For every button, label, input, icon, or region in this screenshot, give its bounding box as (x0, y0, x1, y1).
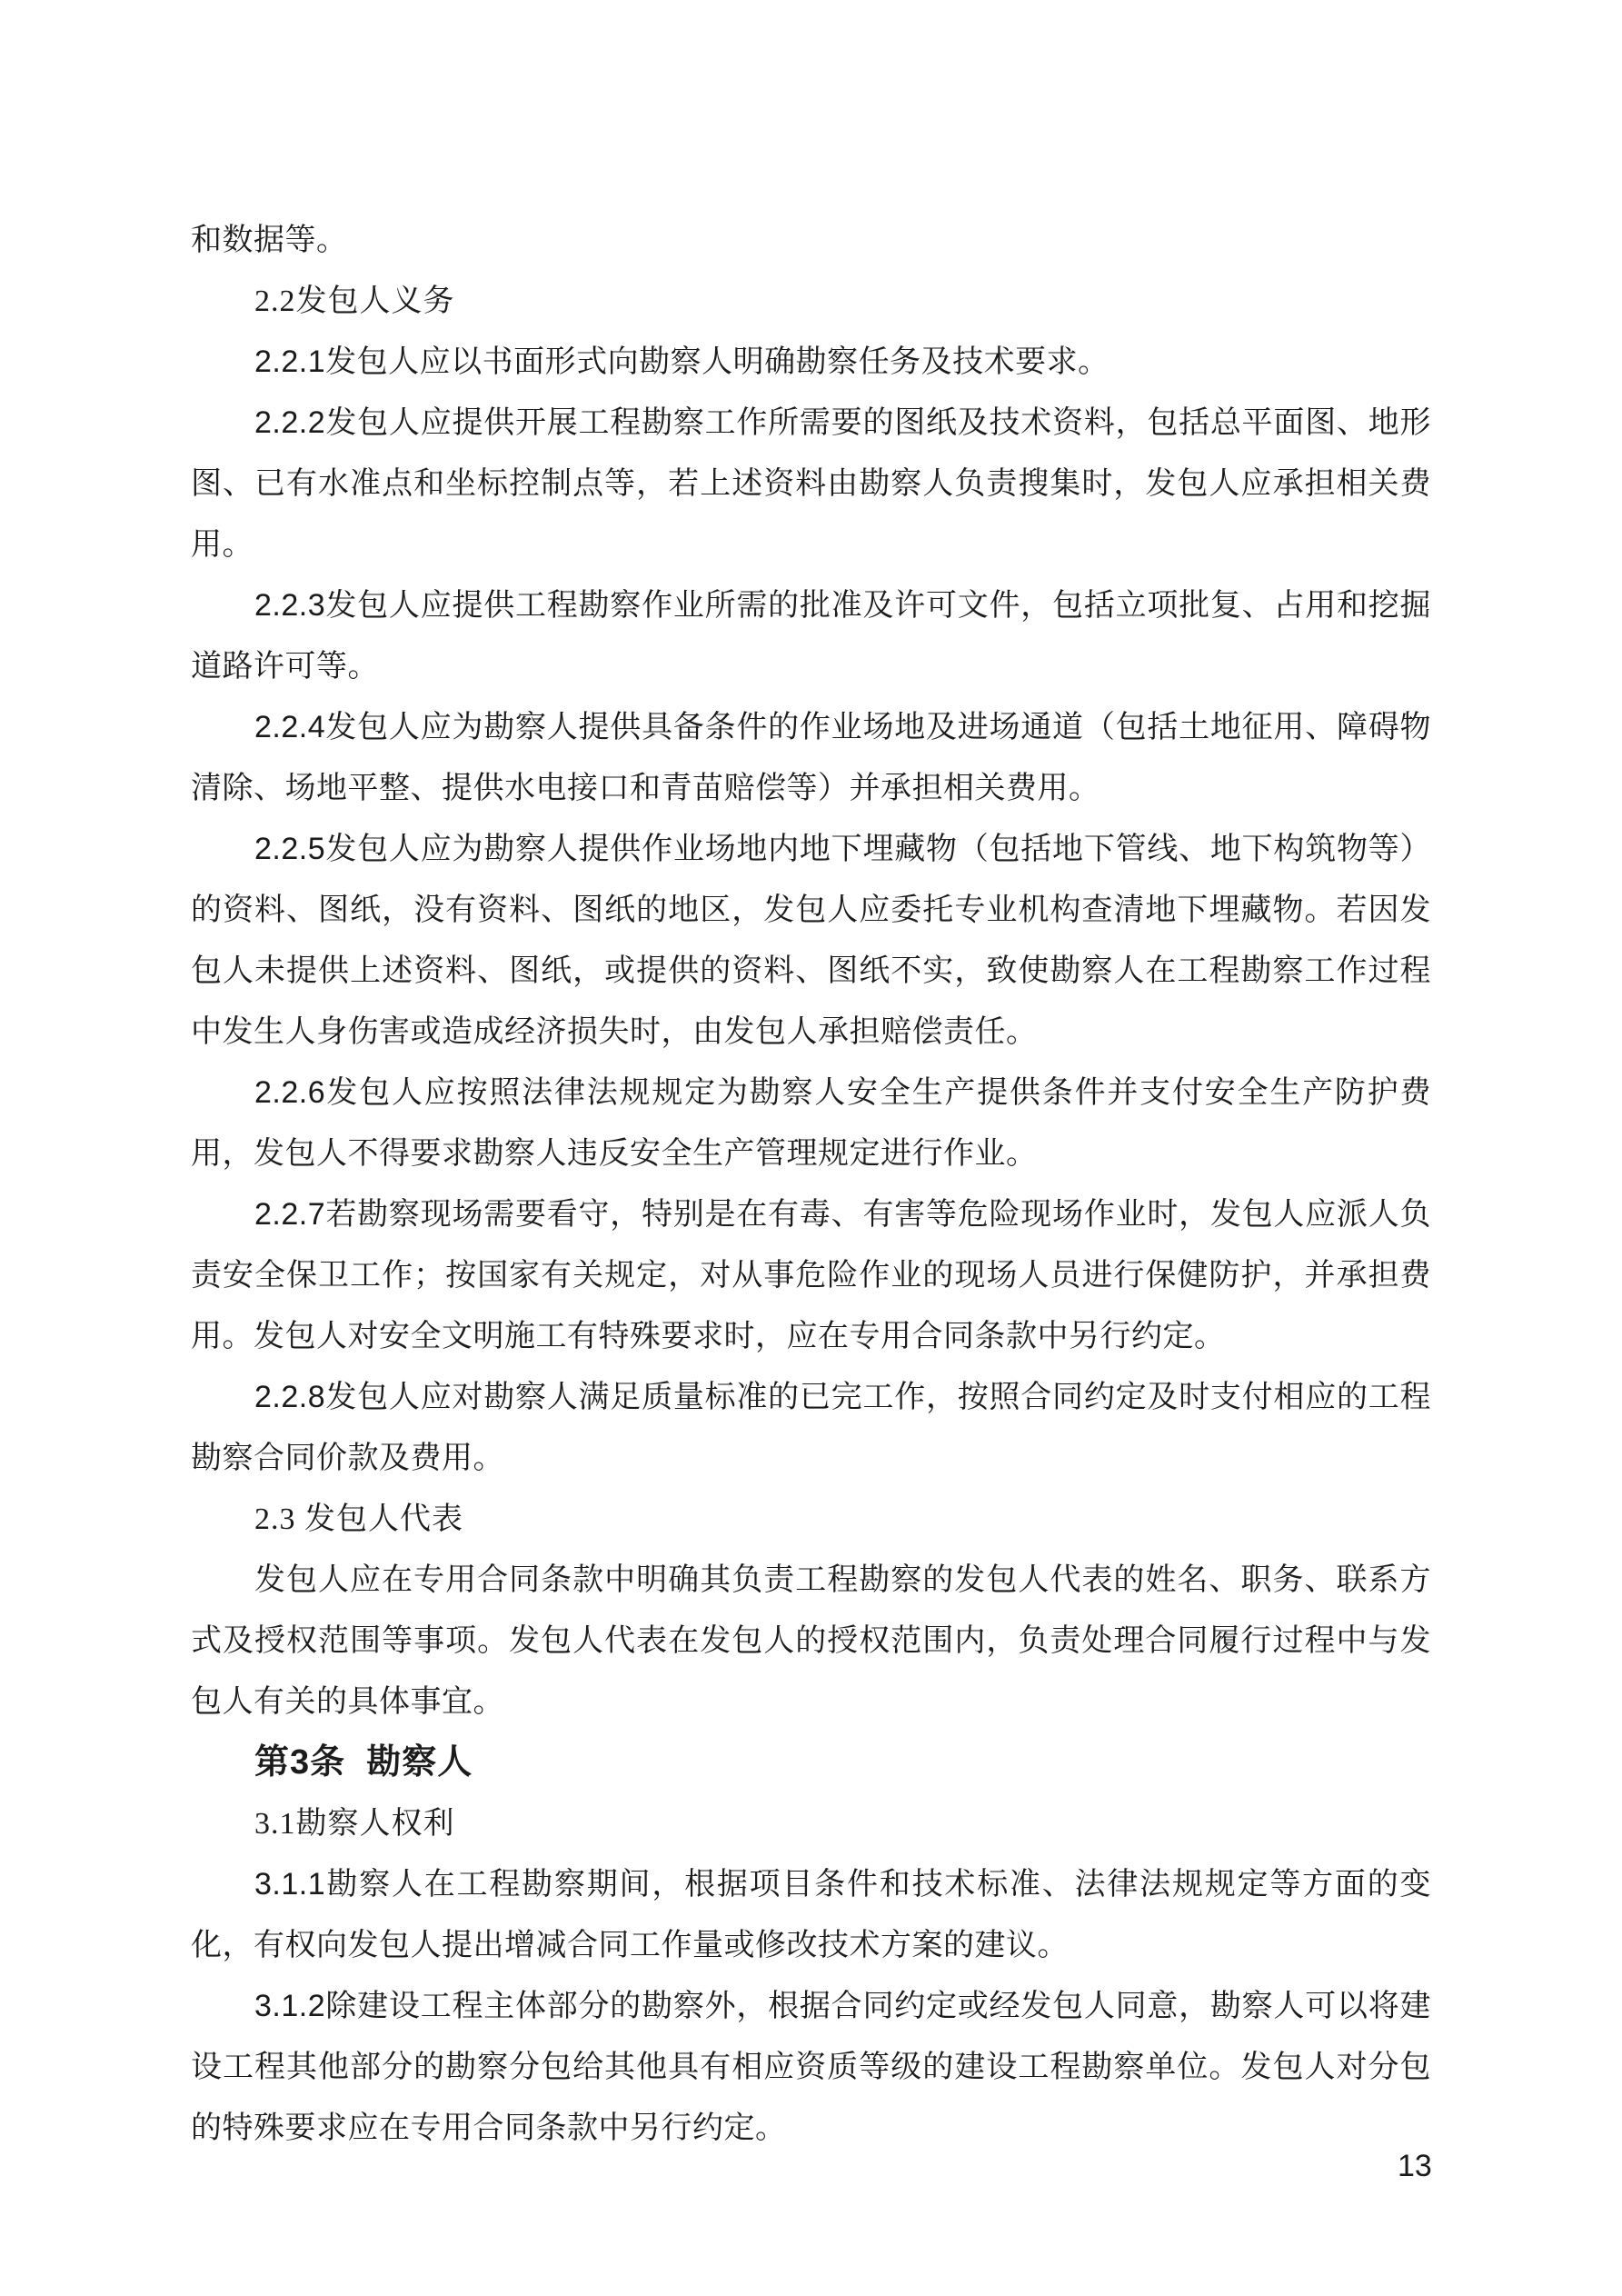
paragraph: 2.2.6发包人应按照法律法规规定为勘察人安全生产提供条件并支付安全生产防护费用… (191, 1063, 1431, 1184)
paragraph: 2.2.5发包人应为勘察人提供作业场地内地下埋藏物（包括地下管线、地下构筑物等）… (191, 819, 1431, 1063)
paragraph: 发包人应在专用合同条款中明确其负责工程勘察的发包人代表的姓名、职务、联系方式及授… (191, 1550, 1431, 1732)
section-subheading: 2.2发包人义务 (191, 271, 1431, 332)
section-subheading: 2.3 发包人代表 (191, 1489, 1431, 1550)
section-subheading: 3.1勘察人权利 (191, 1793, 1431, 1854)
paragraph: 3.1.1勘察人在工程勘察期间，根据项目条件和技术标准、法律法规规定等方面的变化… (191, 1854, 1431, 1976)
paragraph: 2.2.3发包人应提供工程勘察作业所需的批准及许可文件，包括立项批复、占用和挖掘… (191, 575, 1431, 697)
paragraph: 2.2.2发包人应提供开展工程勘察工作所需要的图纸及技术资料，包括总平面图、地形… (191, 393, 1431, 575)
page-number: 13 (1398, 2143, 1432, 2189)
paragraph-continuation: 和数据等。 (191, 210, 1431, 271)
paragraph: 2.2.7若勘察现场需要看守，特别是在有毒、有害等危险现场作业时，发包人应派人负… (191, 1184, 1431, 1367)
clause-heading: 第3条 勘察人 (191, 1732, 1431, 1793)
paragraph: 2.2.1发包人应以书面形式向勘察人明确勘察任务及技术要求。 (191, 332, 1431, 393)
document-content: 和数据等。2.2发包人义务2.2.1发包人应以书面形式向勘察人明确勘察任务及技术… (191, 210, 1431, 2159)
paragraph: 2.2.8发包人应对勘察人满足质量标准的已完工作，按照合同约定及时支付相应的工程… (191, 1367, 1431, 1489)
paragraph: 3.1.2除建设工程主体部分的勘察外，根据合同约定或经发包人同意，勘察人可以将建… (191, 1976, 1431, 2159)
paragraph: 2.2.4发包人应为勘察人提供具备条件的作业场地及进场通道（包括土地征用、障碍物… (191, 697, 1431, 819)
document-page: 和数据等。2.2发包人义务2.2.1发包人应以书面形式向勘察人明确勘察任务及技术… (0, 0, 1622, 2296)
